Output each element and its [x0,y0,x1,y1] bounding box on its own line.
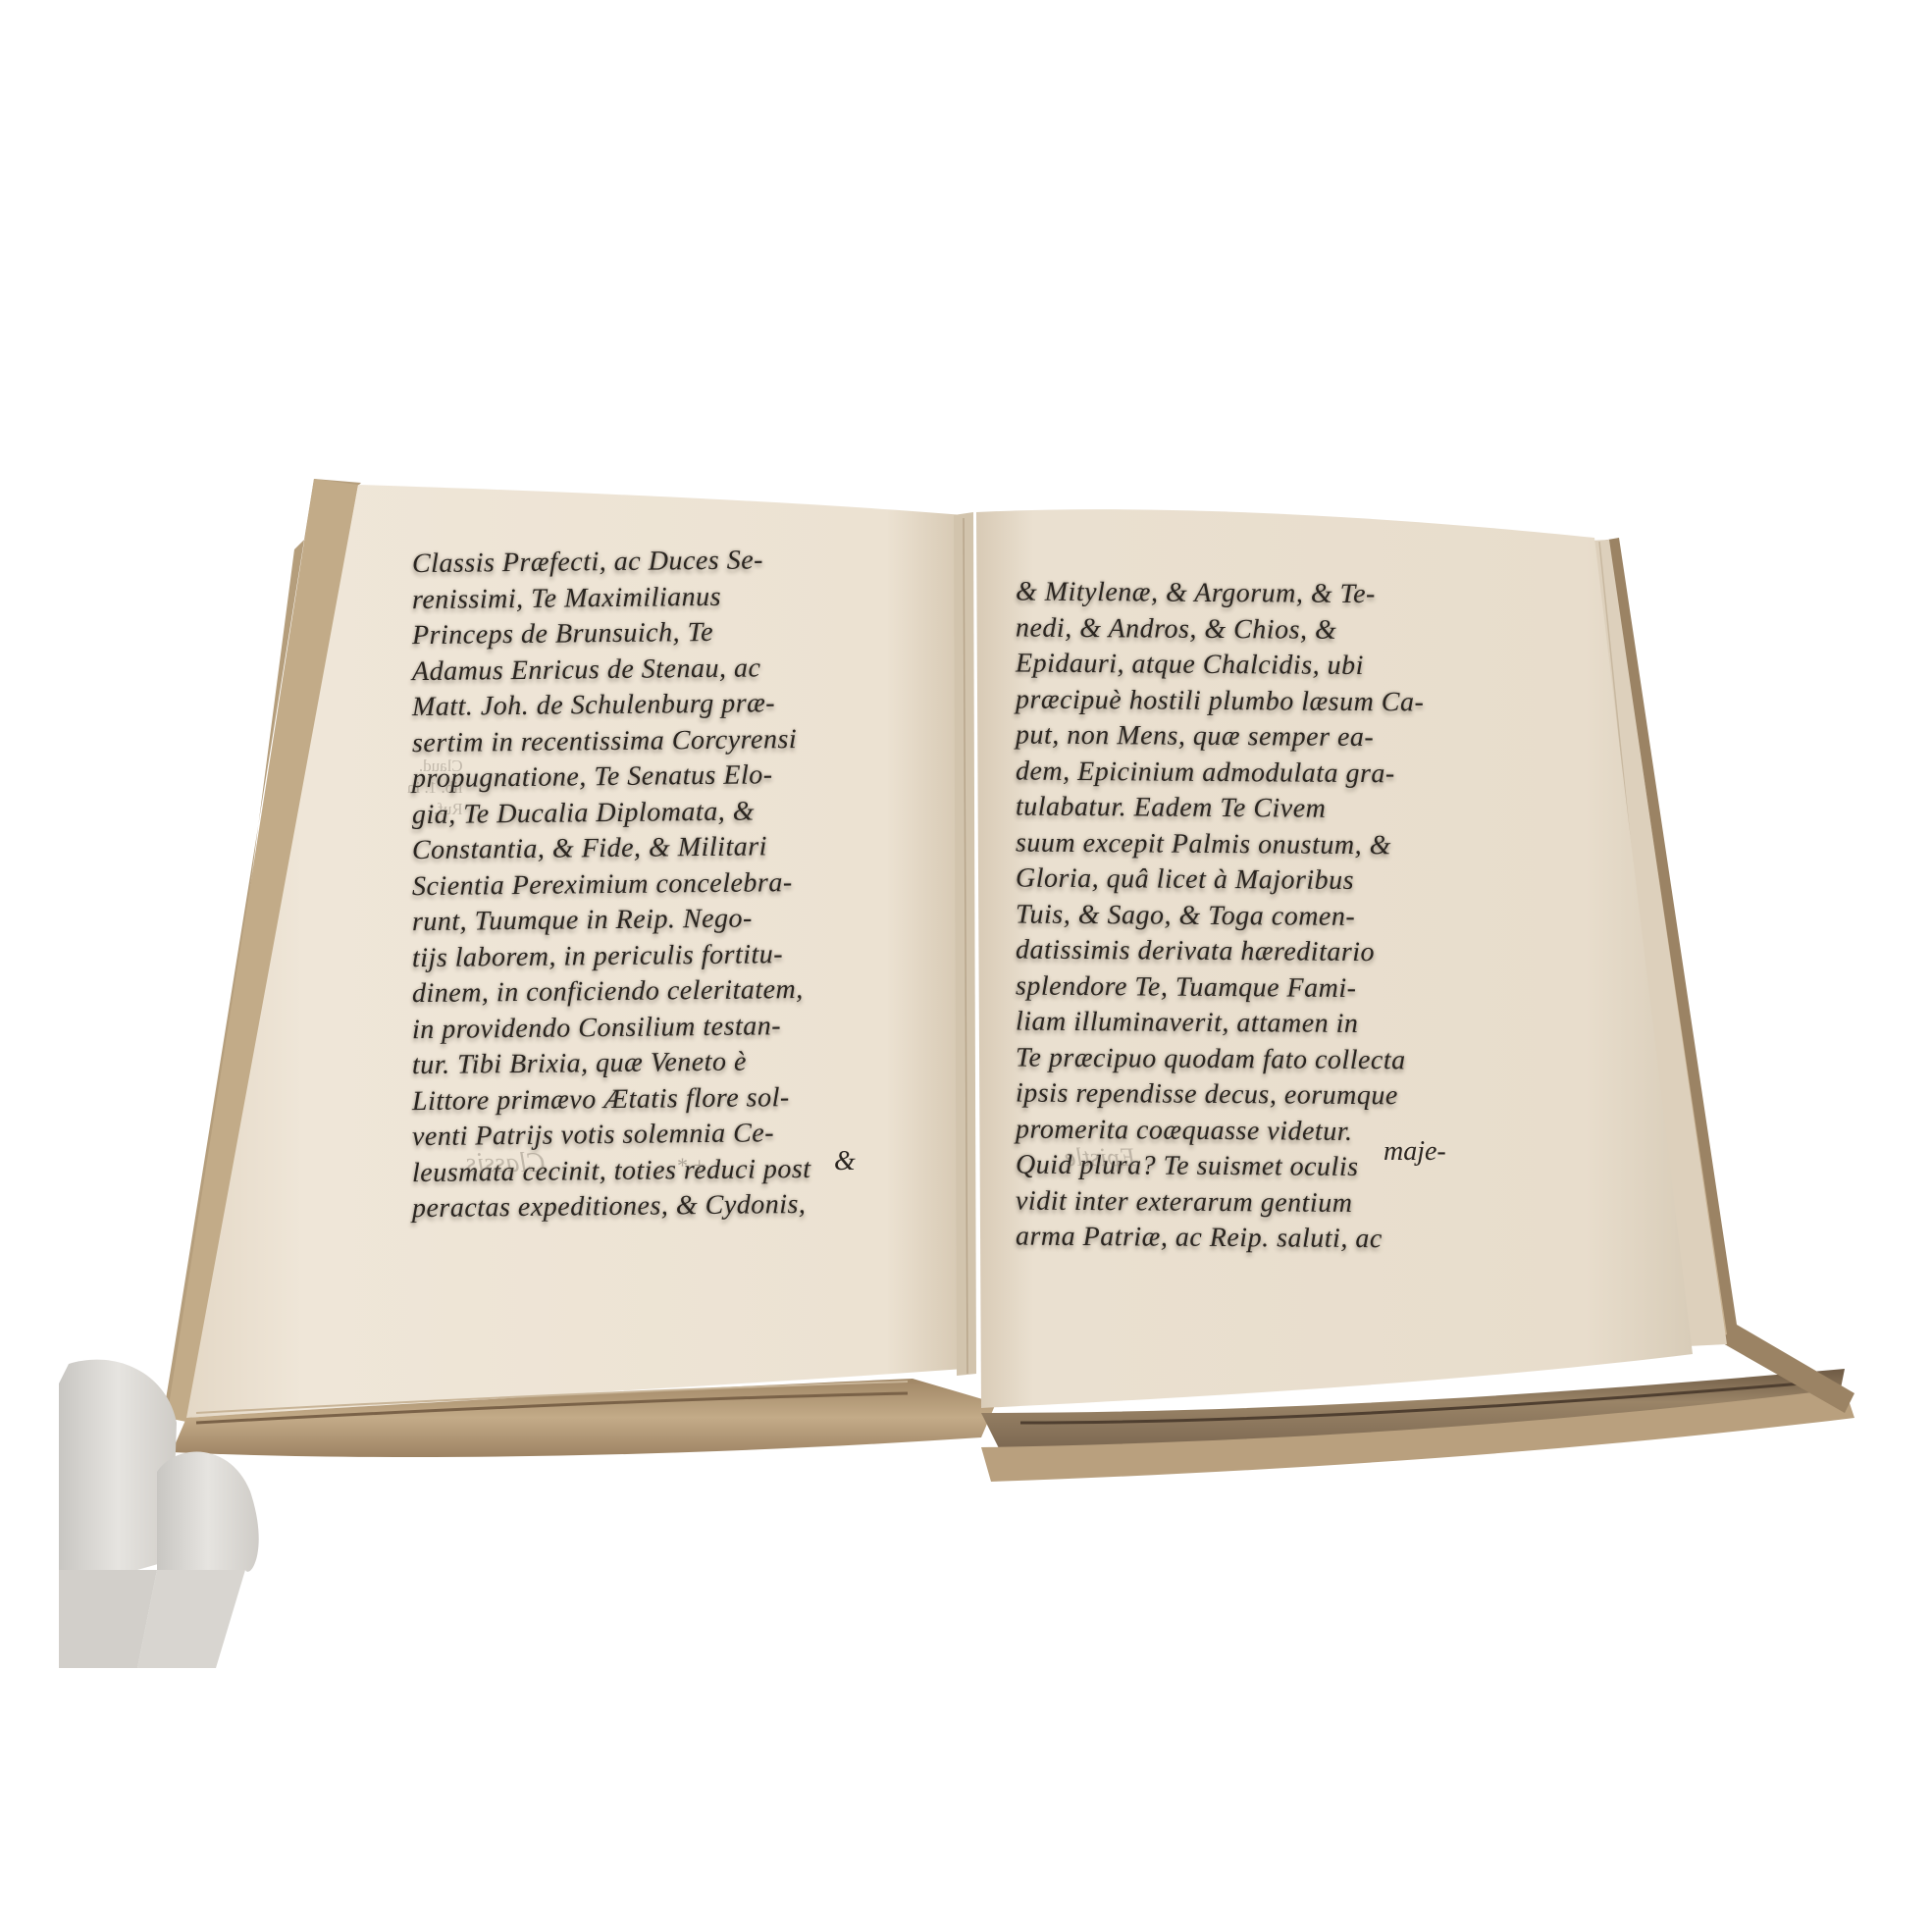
text-line: sertim in recentissima Corcyrensi [412,721,811,761]
text-line: datissimis derivata hæreditario [1016,933,1424,971]
text-line: Classis Præfecti, ac Duces Se- [412,543,811,583]
text-line: propugnatione, Te Senatus Elo- [412,757,811,798]
text-line: ipsis rependisse decus, eorumque [1016,1076,1424,1115]
text-line: Constantia, & Fide, & Militari [412,829,811,869]
text-line: Te præcipuo quodam fato collecta [1016,1040,1424,1078]
foot-bleedthrough: Classis [466,1148,546,1179]
text-line: dinem, in conficiendo celeritatem, [412,972,811,1013]
text-line: Gloria, quâ licet à Majoribus [1016,862,1424,900]
text-line: Scientia Pereximium concelebra- [412,864,811,905]
text-line: vidit inter exterarum gentium [1016,1183,1424,1222]
text-line: Epidauri, atque Chalcidis, ubi [1016,647,1424,685]
foot-bleedthrough: Epistle [1065,1143,1135,1173]
text-line: liam illuminaverit, attamen in [1016,1005,1424,1043]
text-line: runt, Tuumque in Reip. Nego- [412,901,811,941]
text-line: tulabatur. Eadem Te Civem [1016,790,1424,828]
text-line: put, non Mens, quæ semper ea- [1016,718,1424,757]
text-line: gia, Te Ducalia Diplomata, & [412,793,811,833]
text-line: tur. Tibi Brixia, quæ Veneto è [412,1044,811,1084]
text-line: præcipuè hostili plumbo læsum Ca- [1016,682,1424,720]
text-line: splendore Te, Tuamque Fami- [1016,968,1424,1007]
text-line: in providendo Consilium testan- [412,1008,811,1048]
text-line: nedi, & Andros, & Chios, & [1016,610,1424,649]
text-line: suum excepit Palmis onustum, & [1016,825,1424,863]
left-page-text: Classis Præfecti, ac Duces Se- renissimi… [412,543,811,1227]
left-catchword: & [834,1146,856,1177]
text-line: arma Patriæ, ac Reip. saluti, ac [1016,1220,1424,1258]
text-line: & Mitylenæ, & Argorum, & Te- [1016,575,1424,613]
text-line: tijs laborem, in periculis fortitu- [412,936,811,976]
text-line: peractas expeditiones, & Cydonis, [412,1187,811,1227]
right-catchword: maje- [1384,1136,1446,1168]
white-glove-hand [59,1354,451,1668]
text-line: Princeps de Brunsuich, Te [412,614,811,654]
text-line: Littore primævo Ætatis flore sol- [412,1079,811,1120]
text-line: Matt. Joh. de Schulenburg præ- [412,686,811,726]
text-line: renissimi, Te Maximilianus [412,578,811,618]
book-photo: Claud. lib. 1. in Ruf. Classis Præfecti,… [0,0,1932,1932]
text-line: Adamus Enricus de Stenau, ac [412,650,811,690]
text-line: dem, Epicinium admodulata gra- [1016,754,1424,792]
text-line: Tuis, & Sago, & Toga comen- [1016,897,1424,935]
signature-mark: * + [677,1153,705,1178]
